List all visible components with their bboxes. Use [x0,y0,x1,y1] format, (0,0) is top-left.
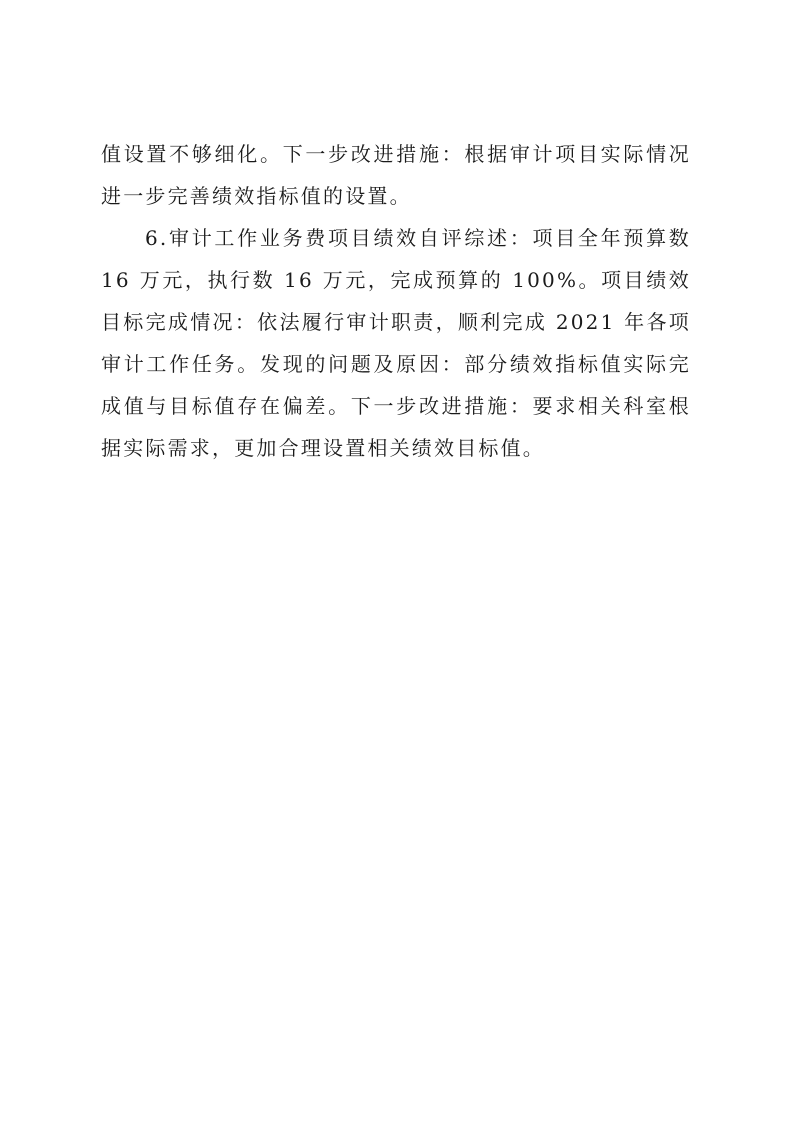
paragraph-continuation: 值设置不够细化。下一步改进措施：根据审计项目实际情况进一步完善绩效指标值的设置。 [101,133,691,217]
paragraph-section-6: 6.审计工作业务费项目绩效自评综述：项目全年预算数 16 万元，执行数 16 万… [101,217,691,469]
section-body: 项目全年预算数 16 万元，执行数 16 万元，完成预算的 100%。项目绩效目… [101,226,691,460]
document-page: 值设置不够细化。下一步改进措施：根据审计项目实际情况进一步完善绩效指标值的设置。… [101,133,691,469]
section-heading: 6.审计工作业务费项目绩效自评综述： [145,226,532,250]
